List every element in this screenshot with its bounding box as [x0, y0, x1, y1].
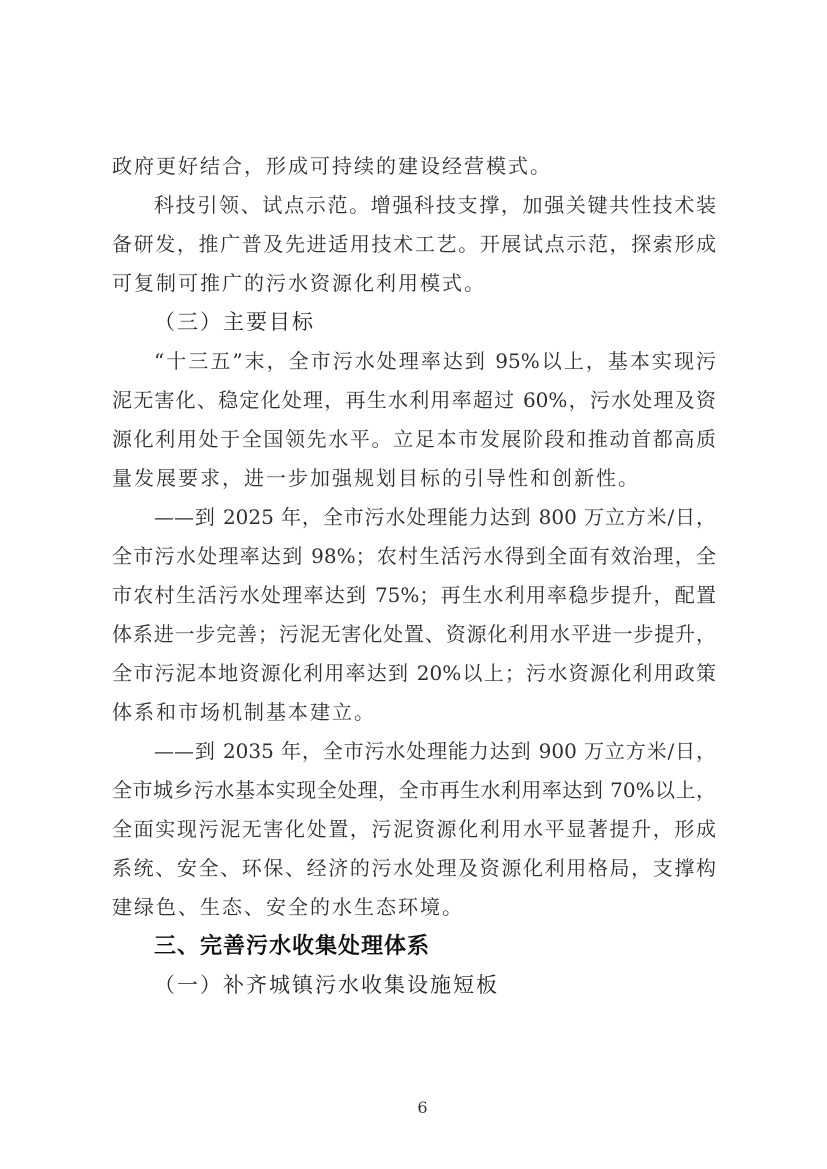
document-page: 政府更好结合，形成可持续的建设经营模式。 科技引领、试点示范。增强科技支撑，加强… [0, 0, 827, 1169]
text-line: 体系进一步完善；污泥无害化处置、资源化利用水平进一步提升， [112, 615, 716, 654]
text-line: 全市城乡污水基本实现全处理，全市再生水利用率达到 70%以上， [112, 771, 716, 810]
text-line: 市农村生活污水处理率达到 75%；再生水利用率稳步提升，配置 [112, 576, 716, 615]
text-line: 泥无害化、稳定化处理，再生水利用率超过 60%，污水处理及资 [112, 381, 716, 420]
heading-subsection-one: （一）补齐城镇污水收集设施短板 [112, 966, 716, 1005]
text-line: 可复制可推广的污水资源化利用模式。 [112, 264, 716, 303]
text-line: “十三五”末，全市污水处理率达到 95%以上，基本实现污 [112, 342, 716, 381]
text-line: 全市污水处理率达到 98%；农村生活污水得到全面有效治理，全 [112, 537, 716, 576]
text-line: 体系和市场机制基本建立。 [112, 693, 716, 732]
text-line: 全市污泥本地资源化利用率达到 20%以上；污水资源化利用政策 [112, 654, 716, 693]
text-line: 源化利用处于全国领先水平。立足本市发展阶段和推动首都高质 [112, 420, 716, 459]
document-body: 政府更好结合，形成可持续的建设经营模式。 科技引领、试点示范。增强科技支撑，加强… [112, 147, 716, 1005]
text-line: ——到 2035 年，全市污水处理能力达到 900 万立方米/日， [112, 732, 716, 771]
text-line: 量发展要求，进一步加强规划目标的引导性和创新性。 [112, 459, 716, 498]
text-line: 政府更好结合，形成可持续的建设经营模式。 [112, 147, 716, 186]
text-line: 系统、安全、环保、经济的污水处理及资源化利用格局，支撑构 [112, 849, 716, 888]
text-line: 备研发，推广普及先进适用技术工艺。开展试点示范，探索形成 [112, 225, 716, 264]
page-number: 6 [0, 1098, 827, 1118]
text-line: 科技引领、试点示范。增强科技支撑，加强关键共性技术装 [112, 186, 716, 225]
text-line: 建绿色、生态、安全的水生态环境。 [112, 888, 716, 927]
heading-main-goals: （三）主要目标 [112, 303, 716, 342]
text-line: ——到 2025 年，全市污水处理能力达到 800 万立方米/日， [112, 498, 716, 537]
heading-section-three: 三、完善污水收集处理体系 [112, 927, 716, 966]
text-line: 全面实现污泥无害化处置，污泥资源化利用水平显著提升，形成 [112, 810, 716, 849]
